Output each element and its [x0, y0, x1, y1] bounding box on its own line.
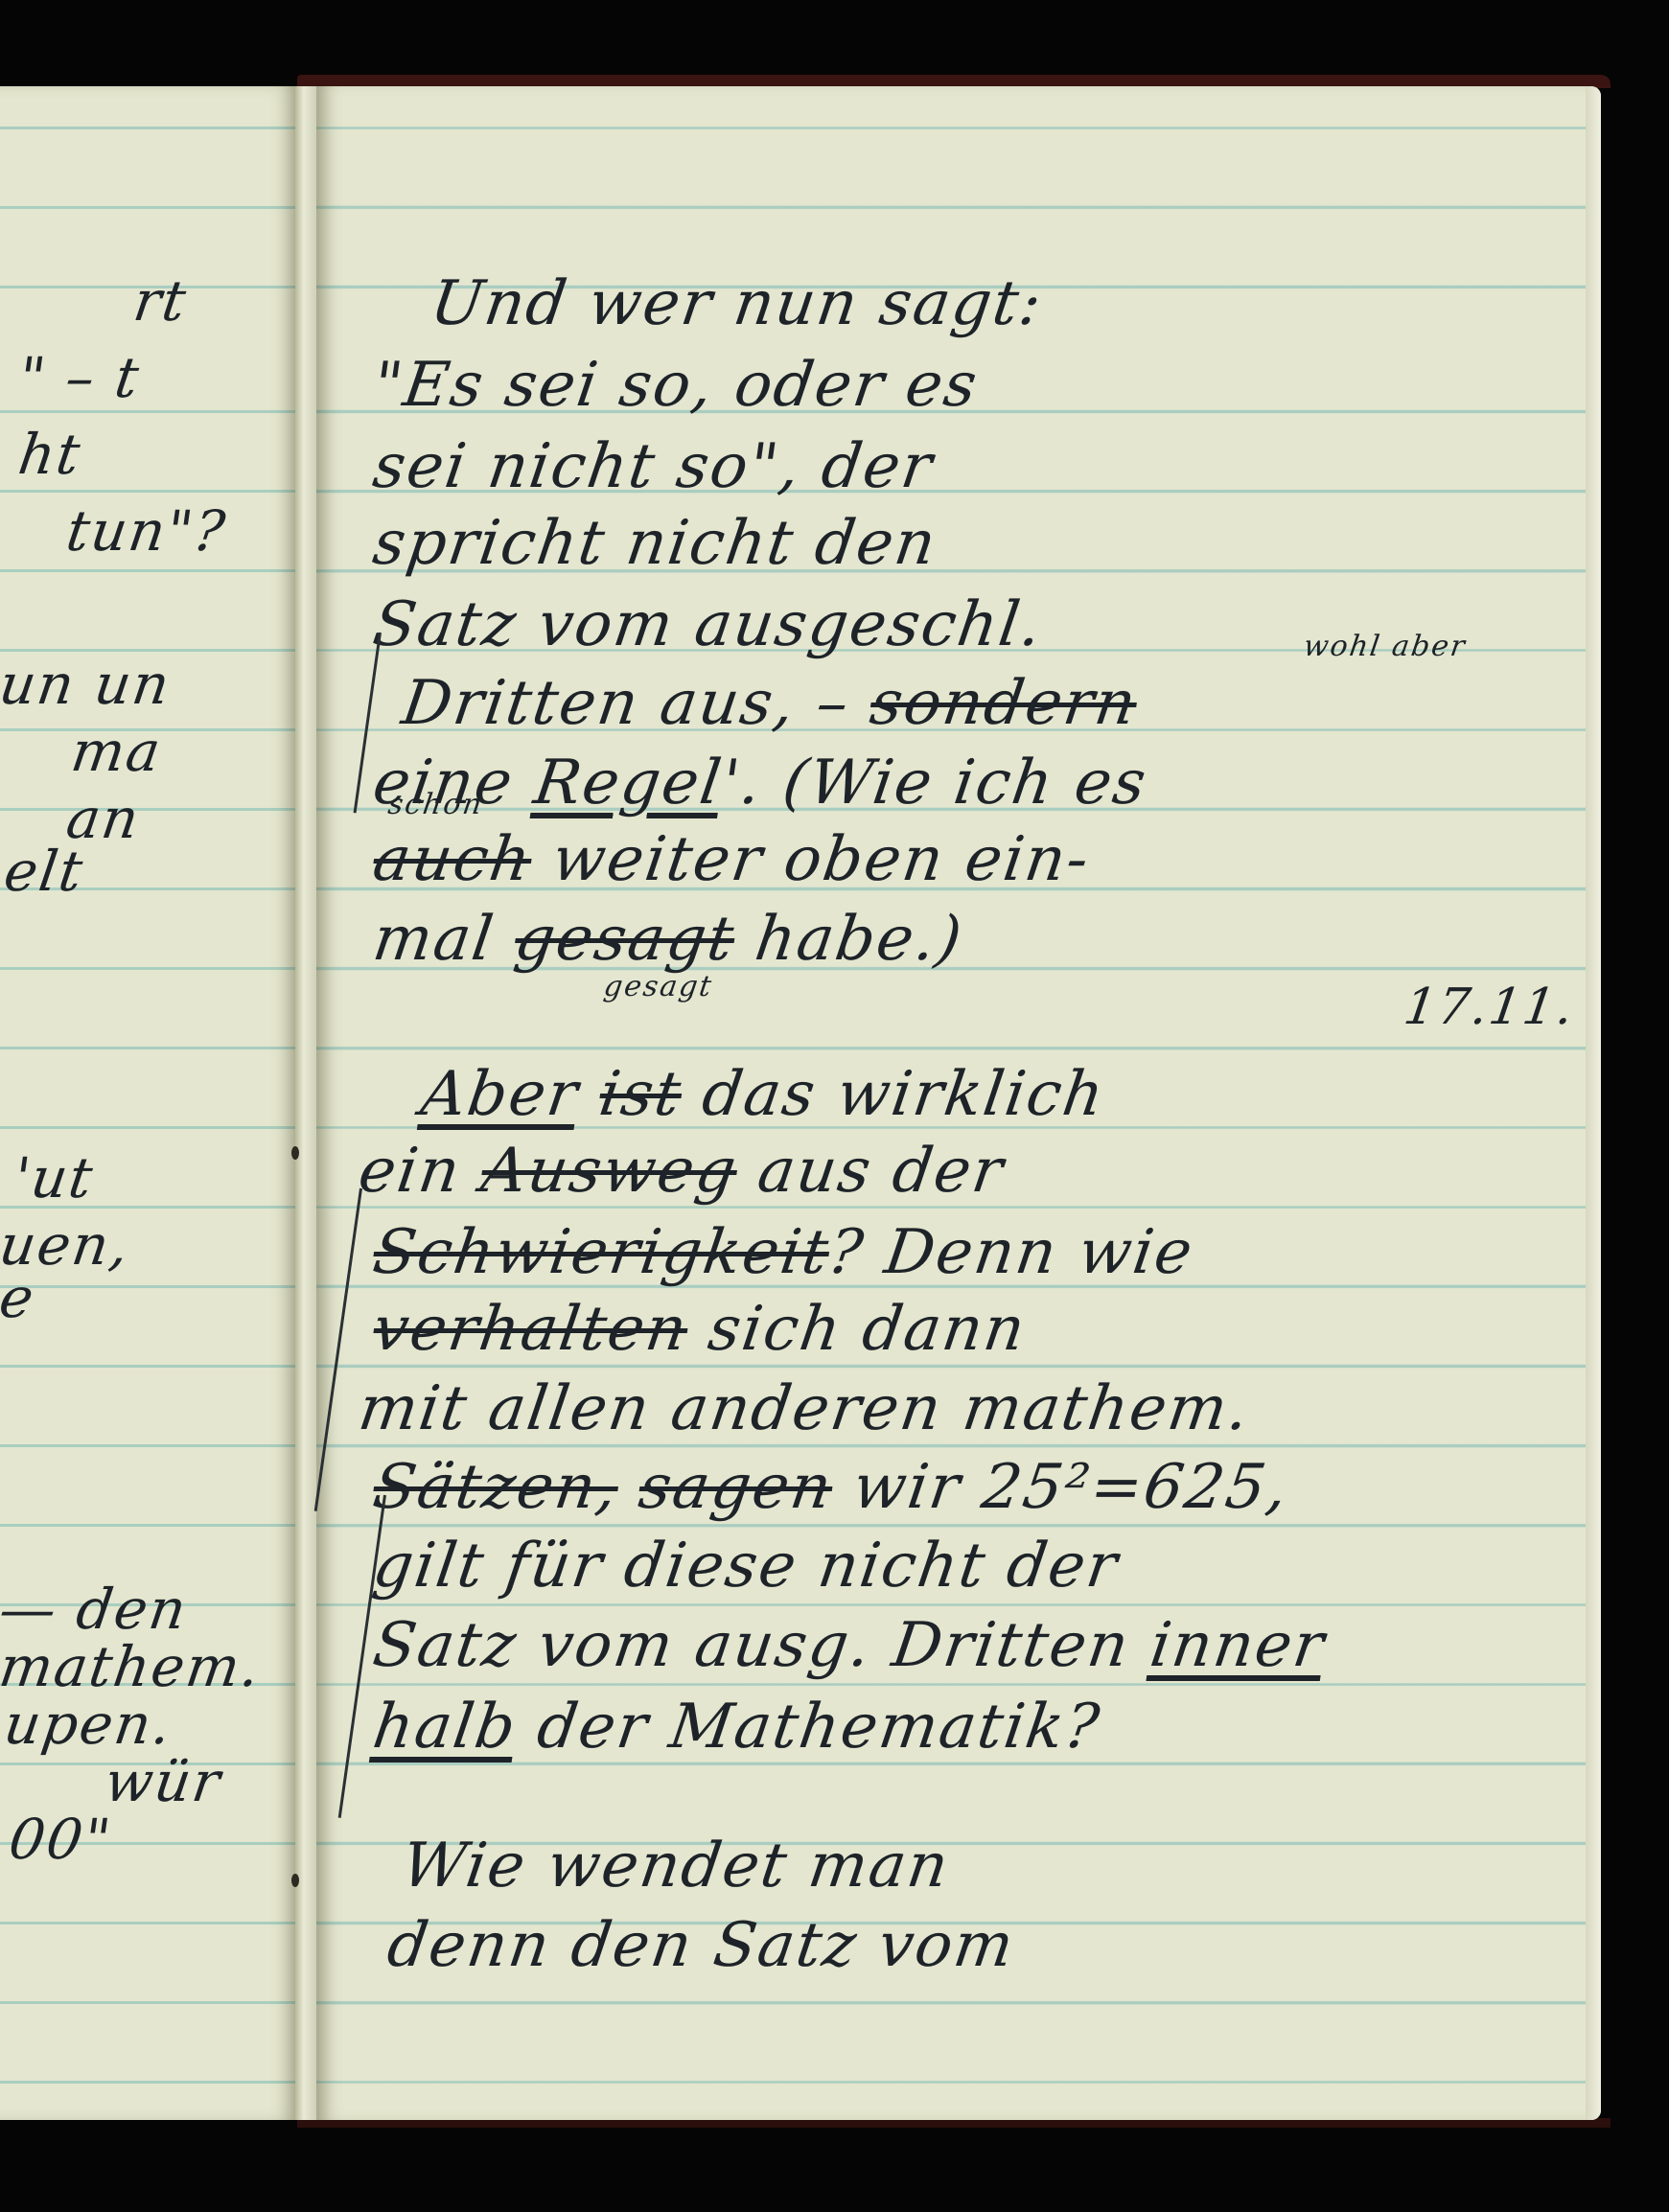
- left-fragment: mathem.: [0, 1639, 265, 1694]
- left-fragment: — den: [0, 1581, 191, 1637]
- text-line: mit allen anderen mathem.: [356, 1378, 1255, 1440]
- underlined-word: Regel: [530, 748, 728, 818]
- struck-word: Sätzen,: [369, 1452, 623, 1523]
- text-line: verhalten sich dann: [370, 1299, 1031, 1360]
- struck-word: sagen: [635, 1452, 837, 1523]
- left-fragment: 00": [6, 1811, 116, 1867]
- left-fragment: ht: [15, 426, 85, 482]
- right-page: Und wer nun sagt: "Es sei so, oder es se…: [316, 86, 1601, 2120]
- struck-word: auch: [369, 824, 537, 895]
- text-line: Sätzen, sagen wir 25²=625,: [370, 1457, 1293, 1518]
- binding-stitch-hole: [291, 1146, 299, 1160]
- struck-word: verhalten: [369, 1294, 693, 1365]
- text-line: Und wer nun sagt:: [428, 273, 1047, 334]
- text-line: sei nicht so", der: [370, 436, 938, 497]
- left-fragment: rt: [130, 273, 191, 329]
- left-fragment: wür: [102, 1754, 225, 1809]
- binding-stitch-hole: [291, 1874, 299, 1887]
- text-line: Schwierigkeit? Denn wie: [370, 1222, 1198, 1283]
- entry-date: 17.11.: [1401, 982, 1578, 1032]
- struck-word: gesagt: [510, 904, 739, 975]
- text-line: mal gesagt habe.): [370, 909, 967, 970]
- left-fragment: e: [0, 1270, 38, 1325]
- text-line: auch weiter oben ein-: [370, 829, 1095, 890]
- left-fragment: elt: [1, 843, 87, 899]
- margin-mark: [314, 1188, 362, 1511]
- left-fragment: upen.: [1, 1696, 176, 1752]
- text-line: Wie wendet man: [399, 1835, 954, 1897]
- text-line: Dritten aus, – sondern: [399, 673, 1142, 734]
- left-fragment: " – t: [15, 350, 144, 405]
- insertion-schon: schon: [386, 791, 485, 819]
- text-line: Satz vom ausgeschl.: [370, 594, 1047, 656]
- struck-word: ist: [595, 1059, 686, 1130]
- text-line: Satz vom ausg. Dritten inner: [370, 1615, 1330, 1676]
- struck-word: Schwierigkeit: [369, 1217, 834, 1288]
- text-line: "Es sei so, oder es: [370, 355, 983, 416]
- left-fragment: un un: [0, 657, 174, 712]
- text-line: ein Ausweg aus der: [356, 1141, 1008, 1202]
- underlined-word: inner: [1146, 1610, 1330, 1681]
- struck-word: sondern: [866, 668, 1142, 739]
- left-fragment: tun"?: [63, 503, 230, 559]
- text-line: spricht nicht den: [370, 513, 941, 574]
- text-line: Aber ist das wirklich: [418, 1064, 1109, 1125]
- text-line: denn den Satz vom: [384, 1915, 1019, 1976]
- left-page: rt " – t ht tun"? un un ma an elt 'ut ue…: [0, 86, 295, 2120]
- insertion-wohl-aber: wohl aber: [1302, 633, 1469, 661]
- underlined-word: halb: [369, 1692, 522, 1763]
- text-line: eine Regel'. (Wie ich es: [370, 752, 1151, 814]
- left-fragment: 'ut: [11, 1150, 98, 1206]
- underlined-word: Aber: [417, 1059, 584, 1130]
- text-line: gilt für diese nicht der: [370, 1535, 1123, 1597]
- insertion-gesagt: gesagt: [602, 973, 715, 1002]
- left-fragment: ma: [68, 724, 166, 779]
- struck-word: Ausweg: [477, 1136, 742, 1207]
- text-line: halb der Mathematik?: [370, 1696, 1105, 1758]
